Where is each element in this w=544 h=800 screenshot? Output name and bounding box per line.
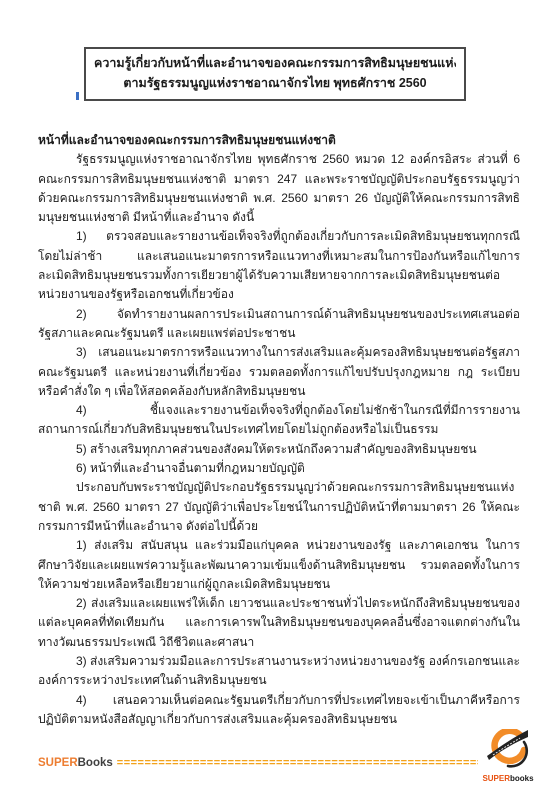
paragraph: 3) เสนอแนะมาตรการหรือแนวทางในการส่งเสริม… xyxy=(38,343,520,401)
footer: SUPERBooks =============================… xyxy=(38,757,478,769)
logo-text-books: books xyxy=(510,774,534,783)
paragraph: 4) ชี้แจงและรายงานข้อเท็จจริงที่ถูกต้องโ… xyxy=(38,401,520,440)
footer-brand-super: SUPER xyxy=(38,757,78,769)
paragraph: 6) หน้าที่และอำนาจอื่นตามที่กฎหมายบัญญัต… xyxy=(38,459,520,478)
logo-text-super: SUPER xyxy=(482,774,510,783)
document-title-line1: ความรู้เกี่ยวกับหน้าที่และอำนาจของคณะกรร… xyxy=(94,53,456,73)
paragraph: 2) ส่งเสริมและเผยแพร่ให้เด็ก เยาวชนและปร… xyxy=(38,594,520,652)
paragraph: 3) ส่งเสริมความร่วมมือและการประสานงานระห… xyxy=(38,652,520,691)
document-title-line2: ตามรัฐธรรมนูญแห่งราชอาณาจักรไทย พุทธศักร… xyxy=(94,73,456,93)
title-box: ความรู้เกี่ยวกับหน้าที่และอำนาจของคณะกรร… xyxy=(84,47,466,101)
paragraph: 2) จัดทำรายงานผลการประเมินสถานการณ์ด้านส… xyxy=(38,305,520,344)
superbooks-logo: SUPERbooks xyxy=(480,729,536,783)
footer-brand: SUPERBooks xyxy=(38,757,113,769)
footer-divider-line: ========================================… xyxy=(117,757,478,769)
section-heading: หน้าที่และอำนาจของคณะกรรมการสิทธิมนุษยชน… xyxy=(38,131,520,150)
document-page: ความรู้เกี่ยวกับหน้าที่และอำนาจของคณะกรร… xyxy=(0,0,544,800)
footer-brand-books: Books xyxy=(78,757,113,769)
paragraph: ประกอบกับพระราชบัญญัติประกอบรัฐธรรมนูญว่… xyxy=(38,478,520,536)
superbooks-logo-text: SUPERbooks xyxy=(480,774,536,783)
paragraph: 1) ส่งเสริม สนับสนุน และร่วมมือแก่บุคคล … xyxy=(38,536,520,594)
paragraph: 1) ตรวจสอบและรายงานข้อเท็จจริงที่ถูกต้อง… xyxy=(38,227,520,304)
superbooks-logo-icon xyxy=(486,729,530,769)
document-body: หน้าที่และอำนาจของคณะกรรมการสิทธิมนุษยชน… xyxy=(38,131,520,729)
paragraph: 4) เสนอความเห็นต่อคณะรัฐมนตรีเกี่ยวกับกา… xyxy=(38,691,520,730)
paragraph: รัฐธรรมนูญแห่งราชอาณาจักรไทย พุทธศักราช … xyxy=(38,150,520,227)
paragraph: 5) สร้างเสริมทุกภาคส่วนของสังคมให้ตระหนั… xyxy=(38,440,520,459)
anchor-mark xyxy=(76,92,79,100)
